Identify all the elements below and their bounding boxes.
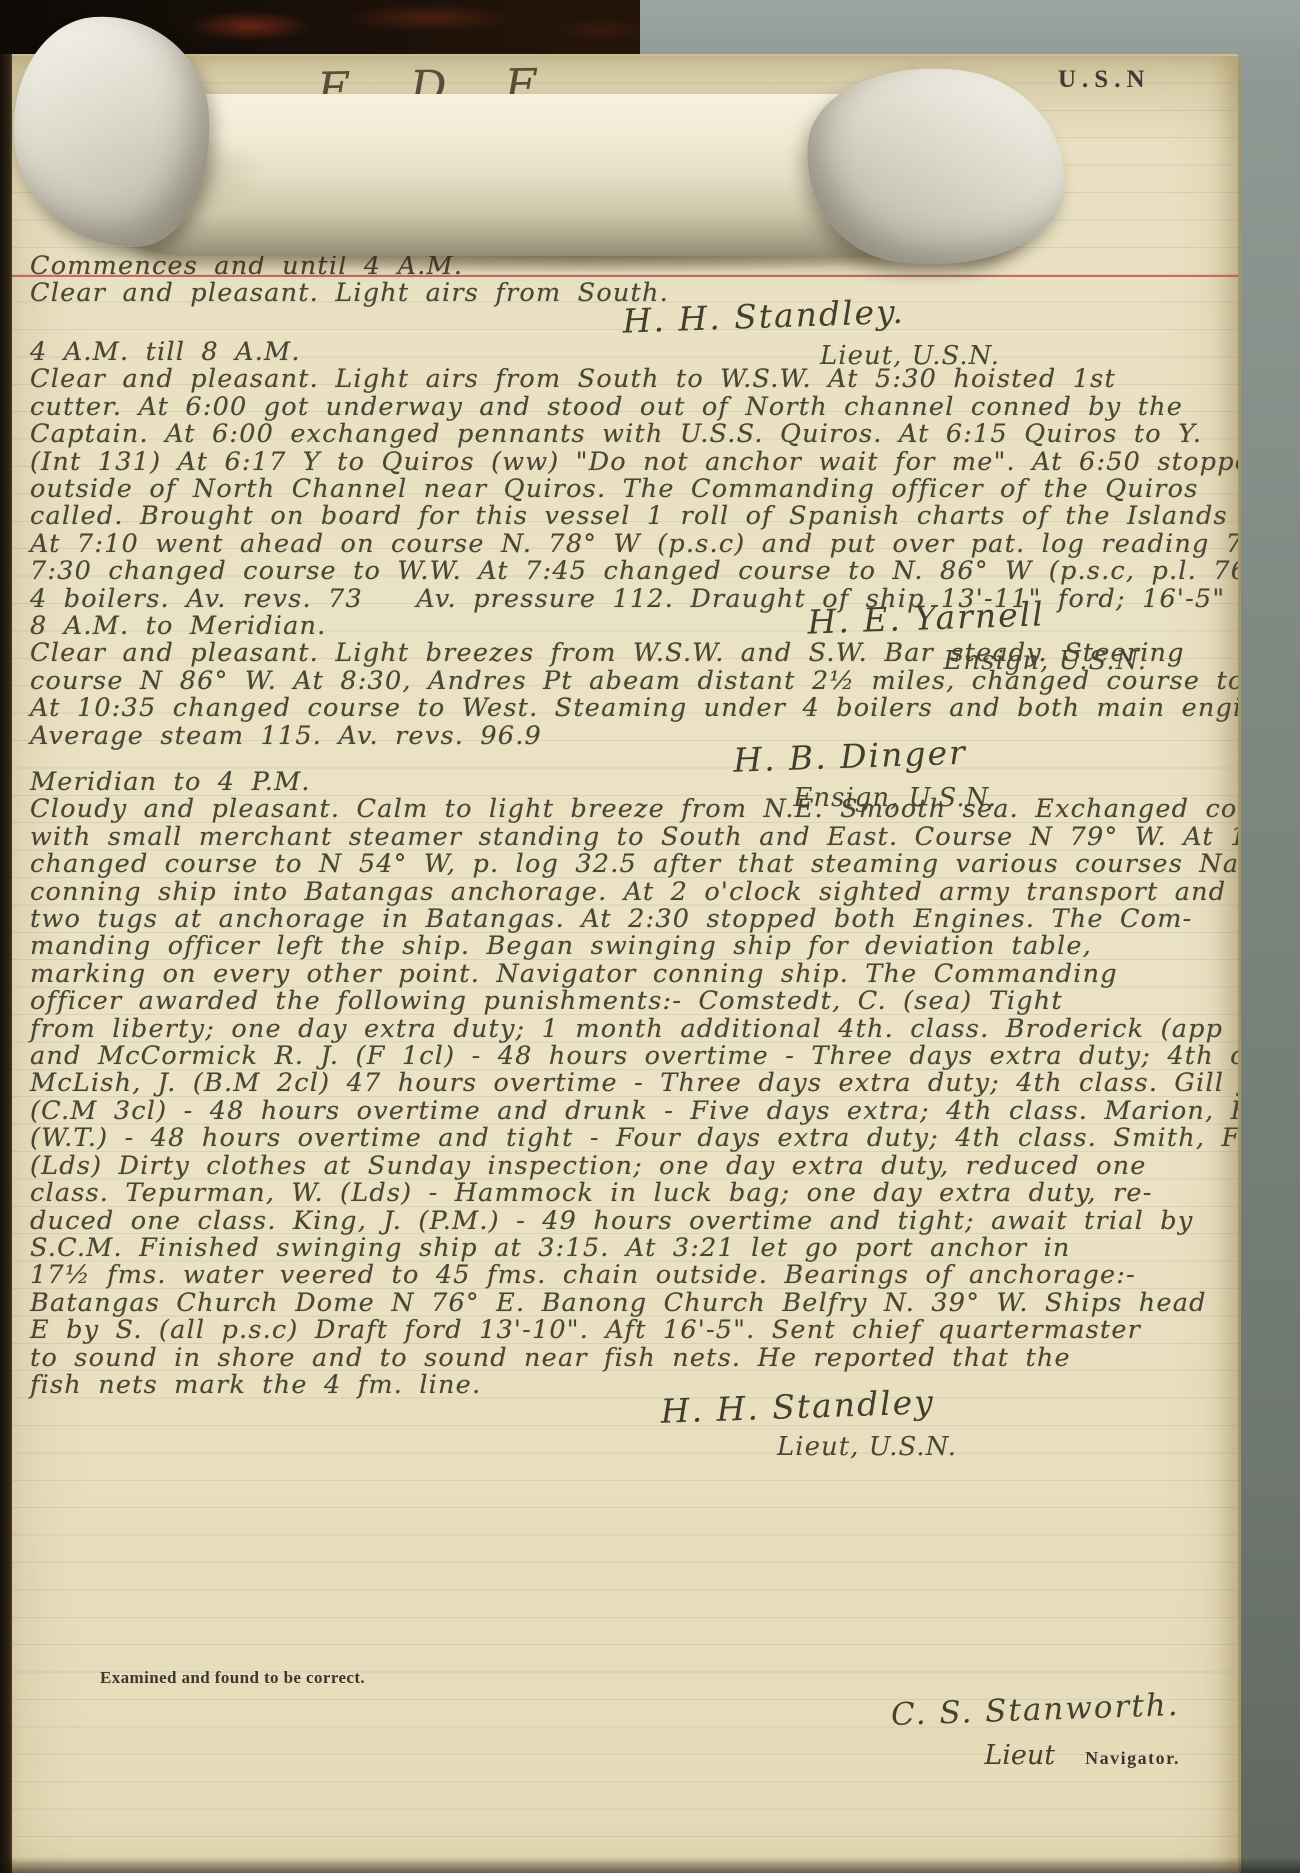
- log-line: At 10:35 changed course to West. Steamin…: [30, 695, 1235, 722]
- examined-note: Examined and found to be correct.: [100, 1668, 365, 1688]
- log-line: 7:30 changed course to W.W. At 7:45 chan…: [30, 558, 1235, 585]
- watch-heading: 4 A.M. till 8 A.M.: [30, 339, 1235, 366]
- log-line: class. Tepurman, W. (Lds) - Hammock in l…: [30, 1180, 1235, 1207]
- log-line: cutter. At 6:00 got underway and stood o…: [30, 394, 1235, 421]
- navigator-rank-handwritten: Lieut: [984, 1740, 1055, 1771]
- log-line: outside of North Channel near Quiros. Th…: [30, 476, 1235, 503]
- log-line: changed course to N 54° W, p. log 32.5 a…: [30, 851, 1235, 878]
- log-section: Meridian to 4 P.M.Cloudy and pleasant. C…: [30, 769, 1235, 1461]
- log-line: (Int 131) At 6:17 Y to Quiros (ww) "Do n…: [30, 449, 1235, 476]
- navigator-signature: C. S. Stanworth.: [891, 1687, 1181, 1733]
- watch-heading: 8 A.M. to Meridian.: [30, 613, 1235, 640]
- log-line: 17½ fms. water veered to 45 fms. chain o…: [30, 1262, 1235, 1289]
- log-line: and McCormick R. J. (F 1cl) - 48 hours o…: [30, 1043, 1235, 1070]
- log-line: (Lds) Dirty clothes at Sunday inspection…: [30, 1153, 1235, 1180]
- navigator-signature-block: C. S. Stanworth. LieutNavigator.: [891, 1692, 1180, 1771]
- table-surface-right: [1238, 56, 1300, 1873]
- bottom-edge-shadow: [0, 1857, 1300, 1873]
- log-line: Batangas Church Dome N 76° E. Banong Chu…: [30, 1290, 1235, 1317]
- log-line: McLish, J. (B.M 2cl) 47 hours overtime -…: [30, 1070, 1235, 1097]
- log-line: to sound in shore and to sound near fish…: [30, 1345, 1235, 1372]
- log-line: marking on every other point. Navigator …: [30, 961, 1235, 988]
- log-line: officer awarded the following punishment…: [30, 988, 1235, 1015]
- log-line: S.C.M. Finished swinging ship at 3:15. A…: [30, 1235, 1235, 1262]
- log-line: duced one class. King, J. (P.M.) - 49 ho…: [30, 1208, 1235, 1235]
- page-gutter: [0, 54, 12, 1873]
- usn-stamp: U.S.N: [1058, 66, 1151, 94]
- log-line: E by S. (all p.s.c) Draft ford 13'-10". …: [30, 1317, 1235, 1344]
- log-line: with small merchant steamer standing to …: [30, 824, 1235, 851]
- logbook-page: E. D. F. U.S.N Commences and until 4 A.M…: [12, 54, 1241, 1873]
- log-line: Cloudy and pleasant. Calm to light breez…: [30, 796, 1235, 823]
- log-line: conning ship into Batangas anchorage. At…: [30, 879, 1235, 906]
- log-line: Clear and pleasant. Light breezes from W…: [30, 640, 1235, 667]
- log-line: course N 86° W. At 8:30, Andres Pt abeam…: [30, 668, 1235, 695]
- log-line: Average steam 115. Av. revs. 96.9: [30, 723, 1235, 750]
- watch-heading: Meridian to 4 P.M.: [30, 769, 1235, 796]
- log-line: Clear and pleasant. Light airs from Sout…: [30, 366, 1235, 393]
- log-line: called. Brought on board for this vessel…: [30, 503, 1235, 530]
- signature-block: H. H. StandleyLieut, U.S.N.: [30, 1401, 1235, 1461]
- navigator-title-printed: Navigator.: [1085, 1748, 1180, 1768]
- log-line: 4 boilers. Av. revs. 73 Av. pressure 112…: [30, 586, 1235, 613]
- log-line: two tugs at anchorage in Batangas. At 2:…: [30, 906, 1235, 933]
- navigator-rank-row: LieutNavigator.: [891, 1740, 1180, 1771]
- log-line: (C.M 3cl) - 48 hours overtime and drunk …: [30, 1098, 1235, 1125]
- log-line: Captain. At 6:00 exchanged pennants with…: [30, 421, 1235, 448]
- log-line: from liberty; one day extra duty; 1 mont…: [30, 1016, 1235, 1043]
- logbook-photo: E. D. F. U.S.N Commences and until 4 A.M…: [0, 0, 1300, 1873]
- log-line: manding officer left the ship. Began swi…: [30, 933, 1235, 960]
- log-line: At 7:10 went ahead on course N. 78° W (p…: [30, 531, 1235, 558]
- log-line: (W.T.) - 48 hours overtime and tight - F…: [30, 1125, 1235, 1152]
